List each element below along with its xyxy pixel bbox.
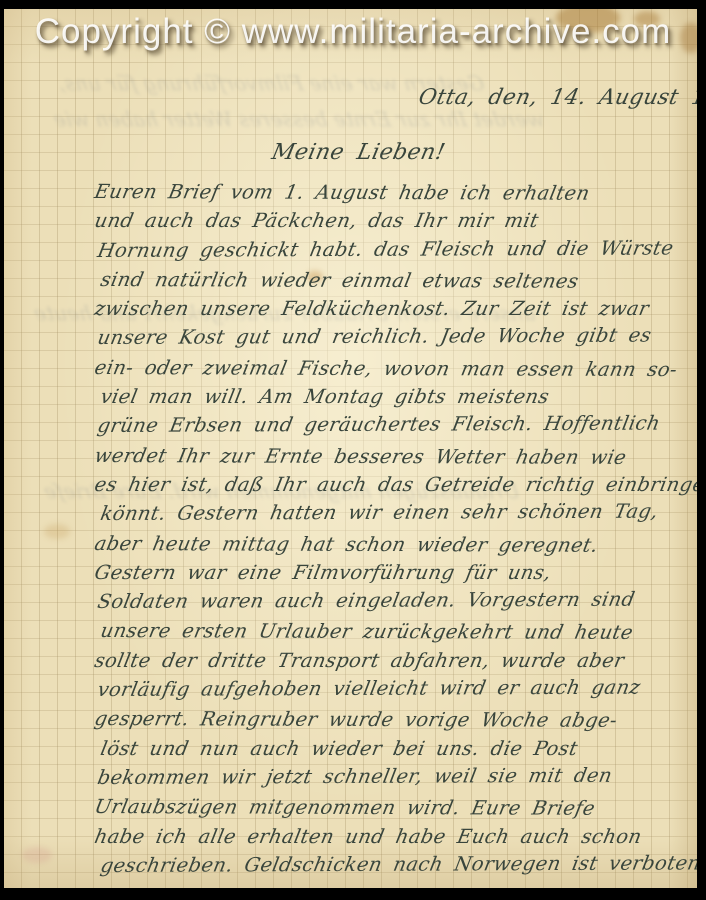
- letter-line: grüne Erbsen und geräuchertes Fleisch. H…: [95, 409, 697, 441]
- letter-line: es hier ist, daß Ihr auch das Getreide r…: [92, 470, 697, 499]
- letter-line: aber heute mittag hat schon wieder gereg…: [92, 529, 697, 560]
- letter-line: sollte der dritte Transport abfahren, wu…: [92, 646, 697, 675]
- letter-line: ein- oder zweimal Fische, wovon man esse…: [92, 353, 697, 384]
- letter-line: und auch das Päckchen, das Ihr mir mit: [92, 206, 697, 235]
- letter-line: Gestern war eine Filmvorführung für uns,: [92, 558, 697, 587]
- letter-line: löst und nun auch wieder bei uns. die Po…: [98, 734, 697, 763]
- copyright-watermark: Copyright © www.militaria-archive.com: [0, 12, 706, 52]
- letter-line: Hornung geschickt habt. das Fleisch und …: [95, 233, 697, 265]
- letter-line: sind natürlich wieder einmal etwas selte…: [98, 265, 697, 296]
- letter-line: Soldaten waren auch eingeladen. Vorgeste…: [95, 585, 697, 617]
- paper-stain: [22, 847, 52, 863]
- paper-stain: [44, 524, 70, 539]
- letter-line: Urlaubszügen mitgenommen wird. Eure Brie…: [92, 792, 697, 823]
- letter-dateline: Otta, den, 14. August 19: [416, 85, 697, 110]
- letter-line: könnt. Gestern hatten wir einen sehr sch…: [98, 497, 697, 529]
- letter-line: werdet Ihr zur Ernte besseres Wetter hab…: [92, 441, 697, 472]
- ink-bleed-through: werdet Ihr zur Ernte besseres Wetter hab…: [122, 107, 546, 131]
- letter-line: habe ich alle erhalten und habe Euch auc…: [92, 822, 697, 851]
- scanned-letter-photo: Gestern war eine Filmvorführung für uns,…: [0, 0, 706, 900]
- letter-line: Euren Brief vom 1. August habe ich erhal…: [92, 177, 697, 208]
- letter-line: geschrieben. Geldschicken nach Norwegen …: [98, 848, 697, 880]
- letter-line: unsere ersten Urlauber zurückgekehrt und…: [98, 616, 697, 647]
- letter-paper: Gestern war eine Filmvorführung für uns,…: [4, 9, 697, 888]
- letter-line: bekommen wir jetzt schneller, weil sie m…: [95, 760, 697, 792]
- letter-line: unsere Kost gut und reichlich. Jede Woch…: [95, 321, 697, 353]
- letter-body: Euren Brief vom 1. August habe ich erhal…: [92, 177, 692, 880]
- letter-line: zwischen unsere Feldküchenkost. Zur Zeit…: [92, 294, 697, 323]
- letter-line: vorläufig aufgehoben vielleicht wird er …: [95, 672, 697, 704]
- letter-line: viel man will. Am Montag gibts meistens: [98, 382, 697, 411]
- letter-line: gesperrt. Reingruber wurde vorige Woche …: [92, 704, 697, 735]
- letter-salutation: Meine Lieben!: [9, 140, 697, 165]
